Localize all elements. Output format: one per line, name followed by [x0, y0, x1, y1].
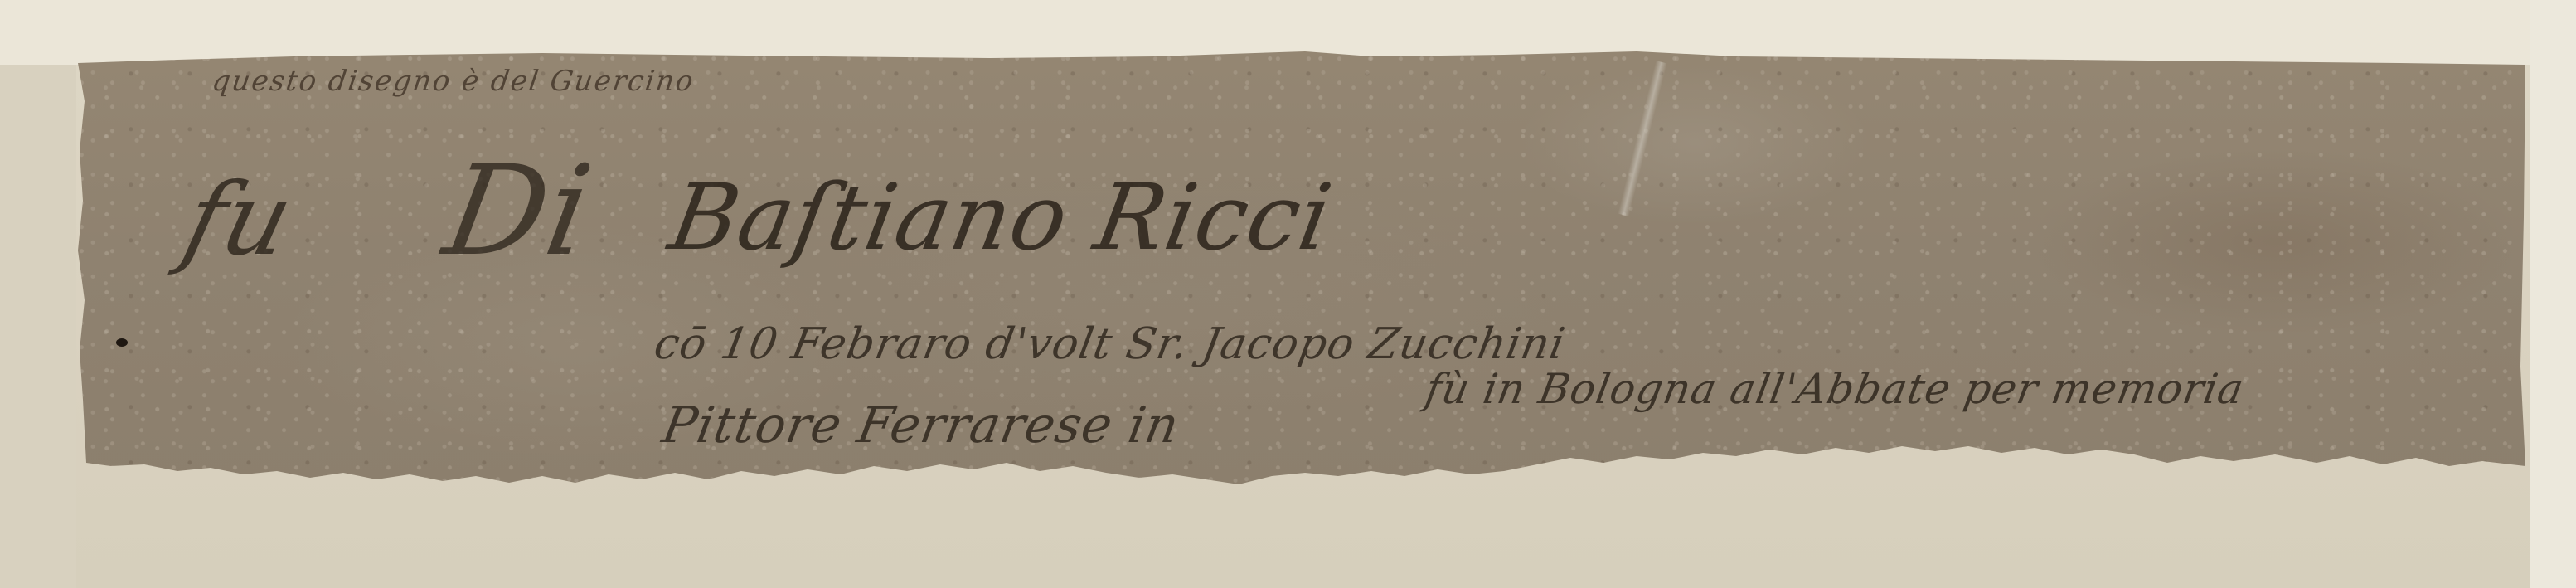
- inscription-name: Baſtiano Ricci: [662, 164, 1340, 270]
- document-photo: questo disegno è del Guercino fu Di Baſt…: [0, 0, 2576, 588]
- inscription-line-2: cō 10 Febraro d'volt Sr. Jacopo Zucchini: [651, 319, 1569, 369]
- inscription-di: Di: [435, 139, 602, 284]
- mount-left-band: [0, 65, 76, 588]
- inscription-top-note: questo disegno è del Guercino: [210, 65, 696, 98]
- inscription-line-3a: Pittore Ferrarese in: [658, 396, 1184, 454]
- mat-right-edge: [2530, 0, 2576, 588]
- inscription-line-3b: fù in Bologna all'Abbate per memoria: [1422, 365, 2248, 413]
- ink-blot: [116, 338, 128, 347]
